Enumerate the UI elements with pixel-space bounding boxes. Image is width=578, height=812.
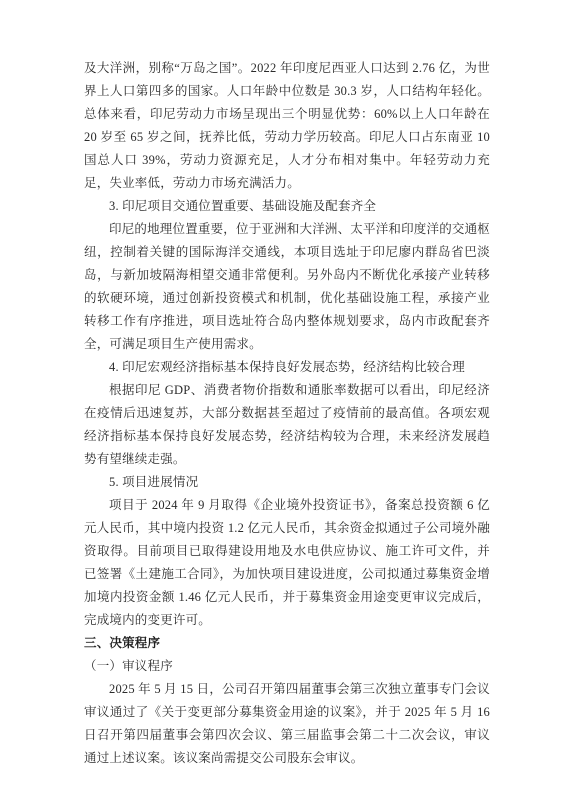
body-paragraph-gdp-recovery: 根据印尼 GDP、消费者物价指数和通胀率数据可以看出，印尼经济在疫情后迅速复苏，… bbox=[84, 379, 490, 471]
subsection-heading-review-procedure: （一）审议程序 bbox=[84, 655, 490, 678]
document-page: 及大洋洲，别称“万岛之国”。2022 年印度尼西亚人口达到 2.76 亿，为世界… bbox=[0, 0, 578, 812]
body-paragraph-population: 及大洋洲，别称“万岛之国”。2022 年印度尼西亚人口达到 2.76 亿，为世界… bbox=[84, 57, 490, 195]
list-item-3-transport-location: 3. 印尼项目交通位置重要、基础设施及配套齐全 bbox=[84, 195, 490, 218]
section-heading-decision-procedure: 三、决策程序 bbox=[84, 632, 490, 655]
body-paragraph-project-progress-detail: 项目于 2024 年 9 月取得《企业境外投资证书》，备案总投资额 6 亿元人民… bbox=[84, 494, 490, 632]
list-item-5-project-progress: 5. 项目进展情况 bbox=[84, 471, 490, 494]
list-item-4-macro-economy: 4. 印尼宏观经济指标基本保持良好发展态势，经济结构比较合理 bbox=[84, 356, 490, 379]
body-paragraph-geography: 印尼的地理位置重要，位于亚洲和大洋洲、太平洋和印度洋的交通枢纽，控制着关键的国际… bbox=[84, 218, 490, 356]
body-paragraph-board-review: 2025 年 5 月 15 日，公司召开第四届董事会第三次独立董事专门会议审议通… bbox=[84, 678, 490, 770]
